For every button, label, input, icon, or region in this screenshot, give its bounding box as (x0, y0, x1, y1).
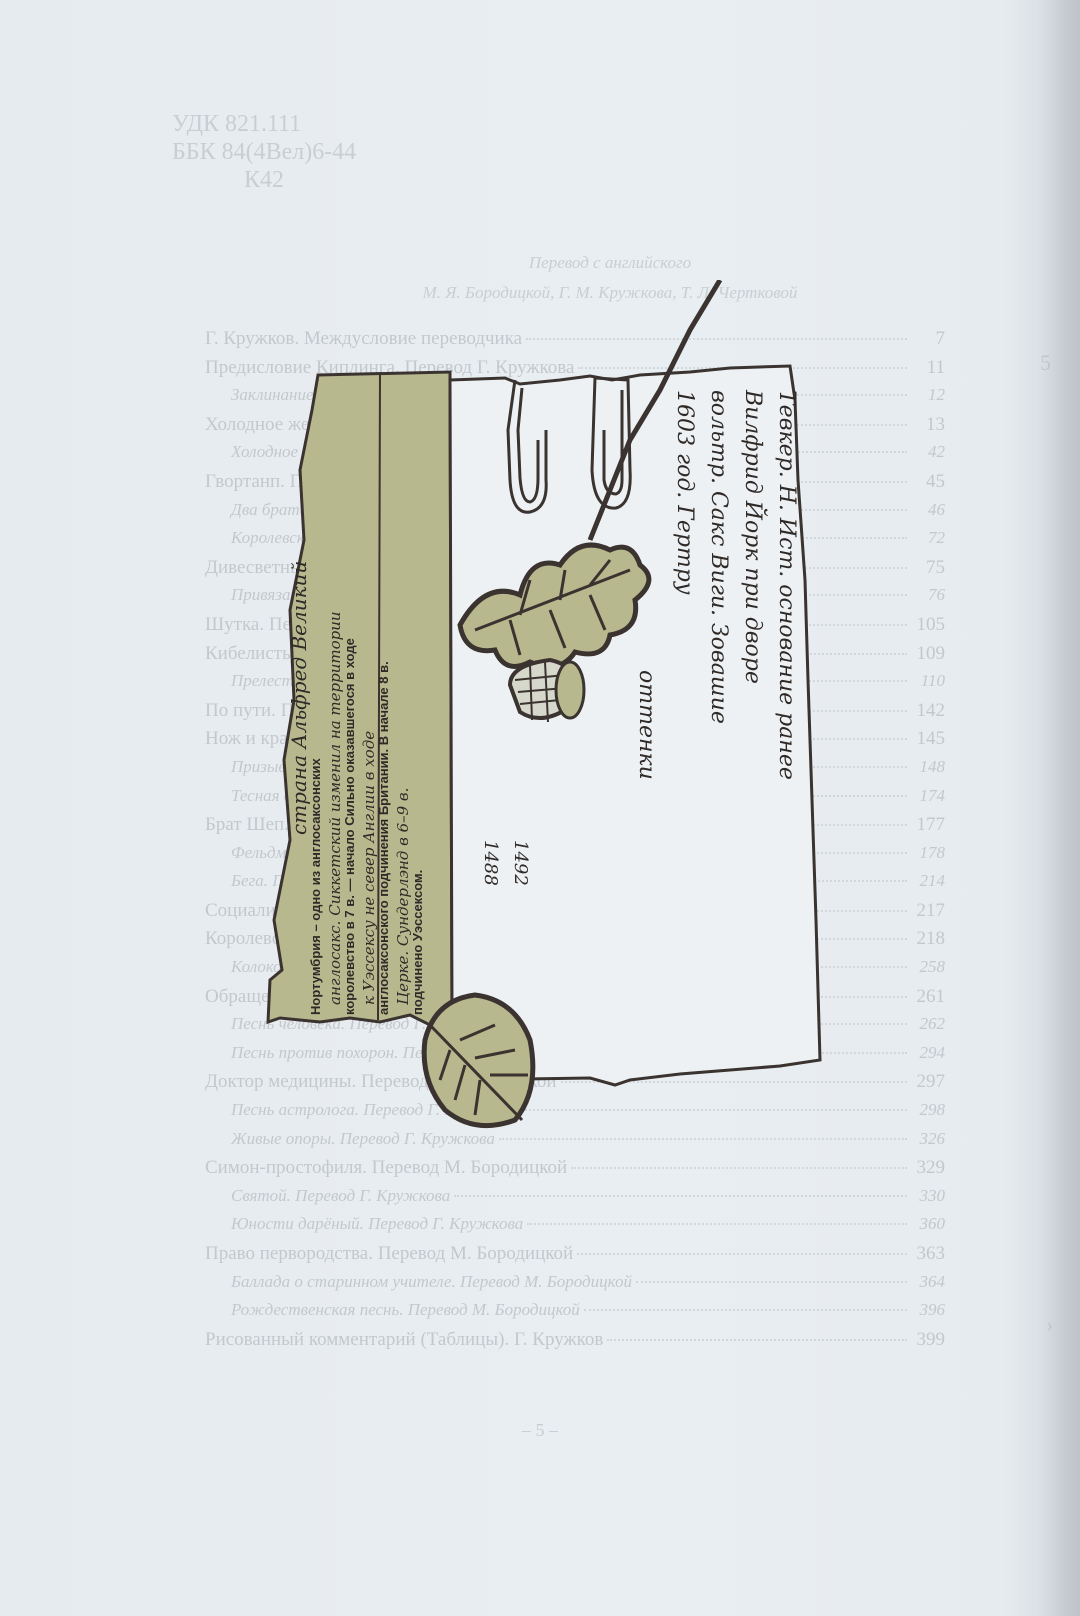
toc-entry-page: 110 (911, 671, 945, 691)
letter-line-4: 1603 год. Гертру (672, 390, 697, 595)
toc-entry-page: 177 (911, 814, 945, 836)
toc-entry-title: Рисованный комментарий (Таблицы). Г. Кру… (205, 1329, 603, 1351)
toc-entry-page: 72 (911, 528, 945, 548)
toc-entry-page: 148 (911, 757, 945, 777)
ghost-author-code: К42 (172, 166, 356, 194)
toc-entry-page: 326 (911, 1129, 945, 1149)
toc-entry: Право первородства. Перевод М. Бородицко… (205, 1243, 945, 1272)
toc-entry: Юности дарёный. Перевод Г. Кружкова360 (205, 1214, 945, 1243)
toc-entry-page: 145 (911, 728, 945, 750)
toc-entry-title: Рождественская песнь. Перевод М. Бородиц… (231, 1300, 580, 1320)
toc-entry-title: Юности дарёный. Перевод Г. Кружкова (231, 1214, 523, 1234)
strip-hand-line-1: страна Альфред Великий (287, 561, 311, 835)
strip-hand-line-2: англосакс. Сиккетский изменил на террито… (326, 611, 344, 1005)
toc-entry-page: 11 (911, 357, 945, 379)
toc-leader-dots (454, 1195, 907, 1197)
toc-entry-page: 174 (911, 786, 945, 806)
toc-entry-page: 329 (911, 1157, 945, 1179)
ghost-bbk: ББК 84(4Вел)6-44 (172, 138, 356, 166)
toc-entry-page: 7 (911, 328, 945, 350)
toc-entry-page: 261 (911, 986, 945, 1008)
toc-entry-page: 399 (911, 1329, 945, 1351)
letter-illustration: Нортумбрия – одно из англосаксонских кор… (260, 280, 840, 1140)
toc-leader-dots (584, 1309, 907, 1311)
strip-hand-line-3: к Уэссексу не север Англии в ходе (360, 731, 378, 1005)
toc-entry-page: 396 (911, 1300, 945, 1320)
toc-entry-page: 75 (911, 557, 945, 579)
toc-entry: Баллада о старинном учителе. Перевод М. … (205, 1272, 945, 1301)
toc-entry-page: 42 (911, 442, 945, 462)
toc-entry: Святой. Перевод Г. Кружкова330 (205, 1186, 945, 1215)
toc-entry-page: 178 (911, 843, 945, 863)
toc-entry-title: Баллада о старинном учителе. Перевод М. … (231, 1272, 632, 1292)
acorn (510, 660, 584, 722)
letter-line-5: оттенки (634, 670, 659, 780)
toc-entry-page: 142 (911, 700, 945, 722)
toc-entry-page: 46 (911, 500, 945, 520)
toc-leader-dots (607, 1339, 907, 1341)
toc-entry-title: Симон-простофиля. Перевод М. Бородицкой (205, 1157, 567, 1179)
toc-entry-page: 105 (911, 614, 945, 636)
toc-entry-page: 12 (911, 385, 945, 405)
olive-paper-strip: Нортумбрия – одно из англосаксонских кор… (268, 372, 452, 1025)
toc-entry-page: 364 (911, 1272, 945, 1292)
toc-entry-page: 298 (911, 1100, 945, 1120)
toc-entry: Симон-простофиля. Перевод М. Бородицкой3… (205, 1157, 945, 1186)
letter-note-2: 1492 (510, 840, 531, 886)
toc-entry: Рождественская песнь. Перевод М. Бородиц… (205, 1300, 945, 1329)
letter-line-3: вольтр. Сакс Виги. Зовашие (706, 390, 731, 724)
letter-line-2: Вилфрид Йорк при дворе (740, 389, 768, 684)
toc-leader-dots (571, 1167, 907, 1169)
page-number: – 5 – (0, 1420, 1080, 1441)
toc-entry-page: 109 (911, 643, 945, 665)
toc-entry-page: 258 (911, 957, 945, 977)
letter-sheet: Тевкер. Н. Ист. основание ранее Вилфрид … (450, 366, 820, 1085)
toc-entry-page: 217 (911, 900, 945, 922)
ghost-udk: УДК 821.111 (172, 110, 356, 138)
strip-typed-line-3: англосаксонского подчинения Британии. В … (376, 661, 391, 1015)
toc-entry-page: 294 (911, 1043, 945, 1063)
ghost-credits-line1: Перевод с английского (310, 248, 910, 278)
ghost-catalog-header: УДК 821.111 ББК 84(4Вел)6-44 К42 (172, 110, 356, 194)
toc-entry: Рисованный комментарий (Таблицы). Г. Кру… (205, 1329, 945, 1358)
strip-typed-line-4: подчинено Уэссексом. (410, 870, 425, 1015)
toc-entry-page: 360 (911, 1214, 945, 1234)
toc-entry-page: 218 (911, 928, 945, 950)
toc-leader-dots (577, 1253, 907, 1255)
toc-entry-page: 262 (911, 1014, 945, 1034)
letter-line-1: Тевкер. Н. Ист. основание ранее (774, 390, 799, 780)
scanned-page: УДК 821.111 ББК 84(4Вел)6-44 К42 Перевод… (0, 0, 1080, 1616)
toc-entry-page: 76 (911, 585, 945, 605)
toc-entry-page: 13 (911, 414, 945, 436)
toc-leader-dots (636, 1281, 907, 1283)
strip-typed-line-2: королевство в 7 в. — начало Сильно оказа… (342, 638, 357, 1015)
strip-hand-line-4: Церке. Сундерлэнд в 6–9 в. (394, 788, 412, 1005)
page-edge-shadow (1040, 0, 1080, 1616)
toc-entry-page: 45 (911, 471, 945, 493)
toc-entry-page: 330 (911, 1186, 945, 1206)
letter-note-1: 1488 (480, 840, 501, 886)
bottom-leaf (424, 995, 533, 1126)
toc-entry-title: Право первородства. Перевод М. Бородицко… (205, 1243, 573, 1265)
toc-entry-title: Святой. Перевод Г. Кружкова (231, 1186, 450, 1206)
toc-entry-page: 297 (911, 1071, 945, 1093)
toc-entry-page: 363 (911, 1243, 945, 1265)
toc-leader-dots (527, 1223, 907, 1225)
toc-entry-page: 214 (911, 871, 945, 891)
